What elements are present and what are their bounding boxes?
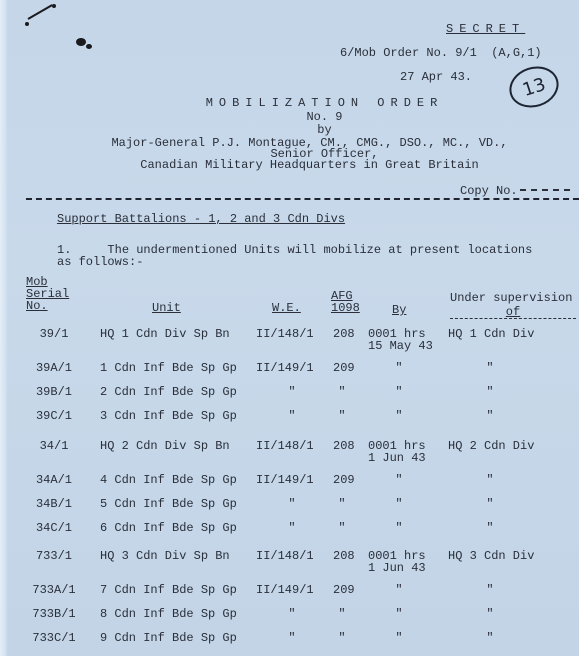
by-cell: 0001 hrs 15 May 43 bbox=[368, 328, 436, 352]
order-reference: 6/Mob Order No. 9/1 (A,G,1) bbox=[340, 46, 542, 60]
afg-cell: " bbox=[322, 632, 362, 644]
supervision-cell: " bbox=[460, 498, 520, 510]
unit-cell: HQ 3 Cdn Div Sp Bn bbox=[100, 550, 230, 562]
supervision-cell: " bbox=[460, 362, 520, 374]
copy-number-blank bbox=[520, 189, 570, 191]
afg-cell: 208 bbox=[333, 328, 355, 340]
mob-serial-cell: 733B/1 bbox=[24, 608, 84, 620]
copy-number-label: Copy No. bbox=[460, 184, 518, 198]
table-row: 39C/13 Cdn Inf Bde Sp Gp"""" bbox=[0, 410, 579, 438]
afg-cell: " bbox=[322, 498, 362, 510]
mob-serial-cell: 34/1 bbox=[24, 440, 84, 452]
section-heading: Support Battalions - 1, 2 and 3 Cdn Divs bbox=[57, 212, 345, 226]
supervision-cell: " bbox=[460, 608, 520, 620]
unit-cell: 1 Cdn Inf Bde Sp Gp bbox=[100, 362, 237, 374]
header-divider bbox=[26, 198, 579, 200]
we-cell: " bbox=[262, 498, 322, 510]
by-cell: " bbox=[368, 632, 430, 644]
unit-cell: 5 Cdn Inf Bde Sp Gp bbox=[100, 498, 237, 510]
header-afg-1098: AFG 1098 bbox=[331, 290, 360, 314]
afg-cell: 208 bbox=[333, 440, 355, 452]
header-we: W.E. bbox=[272, 302, 301, 314]
mob-serial-cell: 34C/1 bbox=[24, 522, 84, 534]
afg-cell: 209 bbox=[333, 362, 355, 374]
mob-serial-cell: 34A/1 bbox=[24, 474, 84, 486]
by-cell: " bbox=[368, 410, 430, 422]
we-cell: " bbox=[262, 632, 322, 644]
supervision-cell: " bbox=[460, 386, 520, 398]
mob-serial-cell: 733C/1 bbox=[24, 632, 84, 644]
mob-serial-cell: 39/1 bbox=[24, 328, 84, 340]
mob-serial-cell: 39A/1 bbox=[24, 362, 84, 374]
afg-cell: 208 bbox=[333, 550, 355, 562]
copy-number: Copy No. bbox=[460, 184, 570, 198]
by-label: by bbox=[0, 123, 579, 137]
by-cell: " bbox=[368, 608, 430, 620]
supervision-cell: " bbox=[460, 584, 520, 596]
supervision-cell: HQ 3 Cdn Div bbox=[448, 550, 534, 562]
unit-cell: 8 Cdn Inf Bde Sp Gp bbox=[100, 608, 237, 620]
table-row: 733C/19 Cdn Inf Bde Sp Gp"""" bbox=[0, 632, 579, 656]
by-cell: 0001 hrs 1 Jun 43 bbox=[368, 440, 436, 464]
we-cell: II/149/1 bbox=[256, 474, 314, 486]
header-by: By bbox=[392, 304, 406, 316]
unit-cell: HQ 1 Cdn Div Sp Bn bbox=[100, 328, 230, 340]
by-cell: " bbox=[368, 584, 430, 596]
unit-cell: 6 Cdn Inf Bde Sp Gp bbox=[100, 522, 237, 534]
order-number: No. 9 bbox=[0, 110, 579, 124]
table-row: 733/1HQ 3 Cdn Div Sp BnII/148/12080001 h… bbox=[0, 550, 579, 578]
ink-dot bbox=[52, 4, 56, 8]
classification-label: SECRET bbox=[446, 22, 525, 36]
we-cell: II/148/1 bbox=[256, 328, 314, 340]
we-cell: II/149/1 bbox=[256, 584, 314, 596]
we-cell: II/149/1 bbox=[256, 362, 314, 374]
unit-cell: 2 Cdn Inf Bde Sp Gp bbox=[100, 386, 237, 398]
afg-cell: " bbox=[322, 608, 362, 620]
table-row: 39/1HQ 1 Cdn Div Sp BnII/148/12080001 hr… bbox=[0, 328, 579, 356]
ink-stroke bbox=[28, 4, 53, 20]
header-supervision: Under supervision bbox=[450, 292, 572, 304]
by-cell: " bbox=[368, 474, 430, 486]
by-cell: " bbox=[368, 498, 430, 510]
header-supervision-of: of bbox=[450, 306, 576, 319]
afg-cell: 209 bbox=[333, 584, 355, 596]
ink-blot bbox=[76, 38, 86, 46]
mob-serial-cell: 34B/1 bbox=[24, 498, 84, 510]
afg-cell: " bbox=[322, 410, 362, 422]
mob-serial-cell: 39C/1 bbox=[24, 410, 84, 422]
table-row: 34C/16 Cdn Inf Bde Sp Gp"""" bbox=[0, 522, 579, 550]
by-cell: 0001 hrs 1 Jun 43 bbox=[368, 550, 436, 574]
unit-cell: 4 Cdn Inf Bde Sp Gp bbox=[100, 474, 237, 486]
mob-serial-cell: 733/1 bbox=[24, 550, 84, 562]
unit-cell: 3 Cdn Inf Bde Sp Gp bbox=[100, 410, 237, 422]
issuer-organization: Canadian Military Headquarters in Great … bbox=[0, 158, 579, 172]
unit-cell: 9 Cdn Inf Bde Sp Gp bbox=[100, 632, 237, 644]
unit-cell: HQ 2 Cdn Div Sp Bn bbox=[100, 440, 230, 452]
mob-serial-cell: 733A/1 bbox=[24, 584, 84, 596]
supervision-cell: " bbox=[460, 522, 520, 534]
unit-cell: 7 Cdn Inf Bde Sp Gp bbox=[100, 584, 237, 596]
afg-cell: " bbox=[322, 522, 362, 534]
supervision-cell: HQ 1 Cdn Div bbox=[448, 328, 534, 340]
document-title: MOBILIZATION ORDER bbox=[0, 96, 579, 110]
mob-serial-cell: 39B/1 bbox=[24, 386, 84, 398]
order-date: 27 Apr 43. bbox=[400, 70, 472, 84]
supervision-cell: HQ 2 Cdn Div bbox=[448, 440, 534, 452]
afg-cell: 209 bbox=[333, 474, 355, 486]
afg-cell: " bbox=[322, 386, 362, 398]
we-cell: II/148/1 bbox=[256, 440, 314, 452]
header-mob-serial: Mob Serial No. bbox=[26, 276, 69, 312]
by-cell: " bbox=[368, 362, 430, 374]
by-cell: " bbox=[368, 522, 430, 534]
supervision-cell: " bbox=[460, 474, 520, 486]
table-row: 34/1HQ 2 Cdn Div Sp BnII/148/12080001 hr… bbox=[0, 440, 579, 468]
ink-dot bbox=[25, 22, 29, 26]
we-cell: " bbox=[262, 522, 322, 534]
paragraph-line-2: as follows:- bbox=[57, 255, 143, 269]
header-unit: Unit bbox=[152, 302, 181, 314]
paragraph-text: The undermentioned Units will mobilize a… bbox=[107, 243, 532, 257]
supervision-cell: " bbox=[460, 410, 520, 422]
supervision-cell: " bbox=[460, 632, 520, 644]
we-cell: II/148/1 bbox=[256, 550, 314, 562]
we-cell: " bbox=[262, 410, 322, 422]
we-cell: " bbox=[262, 386, 322, 398]
by-cell: " bbox=[368, 386, 430, 398]
we-cell: " bbox=[262, 608, 322, 620]
ink-blot bbox=[86, 44, 92, 49]
